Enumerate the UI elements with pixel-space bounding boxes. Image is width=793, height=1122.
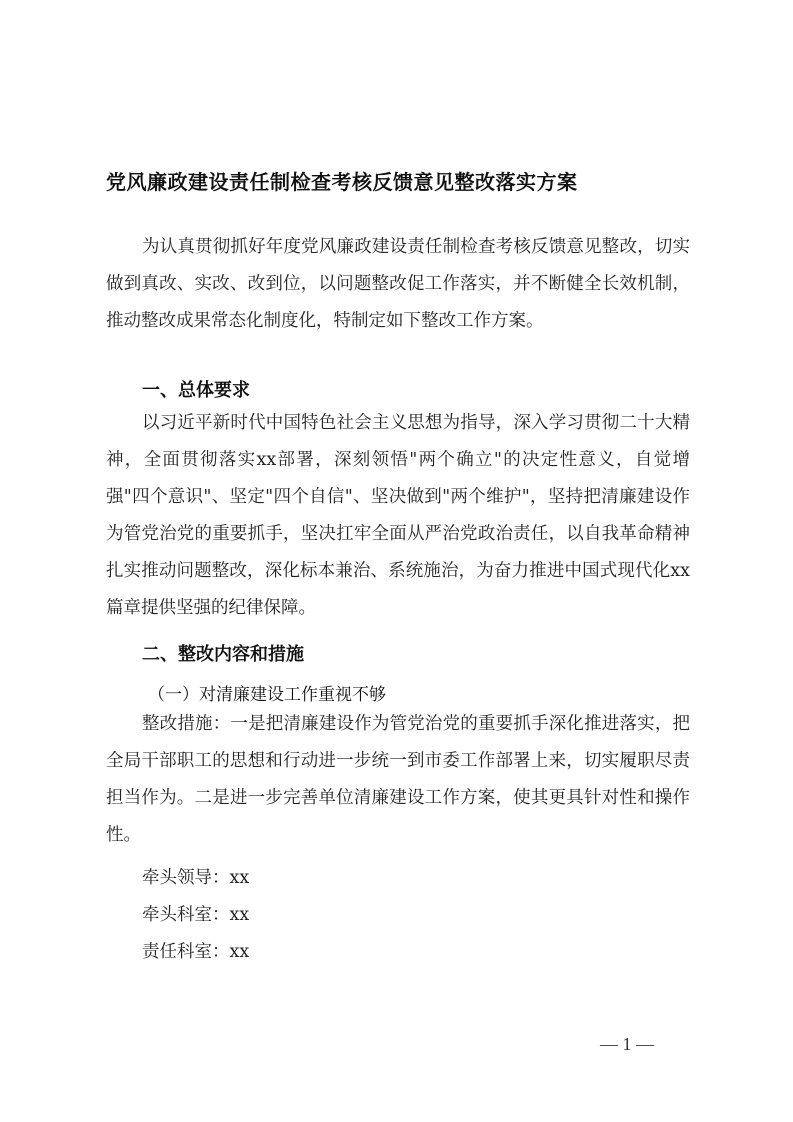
document-title: 党风廉政建设责任制检查考核反馈意见整改落实方案: [106, 166, 726, 195]
lead-department-field: 牵头科室：xx: [142, 901, 249, 926]
section-heading-general-requirements: 一、总体要求: [142, 376, 250, 402]
lead-leader-value: xx: [230, 868, 250, 888]
responsible-department-label: 责任科室：: [142, 942, 230, 962]
lead-leader-field: 牵头领导：xx: [142, 864, 249, 889]
subsection-heading-insufficient-attention: （一）对清廉建设工作重视不够: [148, 680, 386, 705]
rectification-measures-paragraph: 整改措施：一是把清廉建设作为管党治党的重要抓手深化推进落实，把全局干部职工的思想…: [106, 706, 690, 854]
general-requirements-paragraph: 以习近平新时代中国特色社会主义思想为指导，深入学习贯彻二十大精神，全面贯彻落实x…: [106, 405, 690, 627]
responsible-department-field: 责任科室：xx: [142, 938, 249, 963]
lead-department-label: 牵头科室：: [142, 905, 230, 925]
page-number: — 1 —: [600, 1034, 654, 1055]
intro-paragraph: 为认真贯彻抓好年度党风廉政建设责任制检查考核反馈意见整改，切实做到真改、实改、改…: [106, 229, 690, 340]
section-heading-rectification-measures: 二、整改内容和措施: [142, 640, 304, 666]
lead-department-value: xx: [230, 905, 250, 925]
document-page: 党风廉政建设责任制检查考核反馈意见整改落实方案 为认真贯彻抓好年度党风廉政建设责…: [0, 0, 793, 1122]
responsible-department-value: xx: [230, 942, 250, 962]
lead-leader-label: 牵头领导：: [142, 868, 230, 888]
